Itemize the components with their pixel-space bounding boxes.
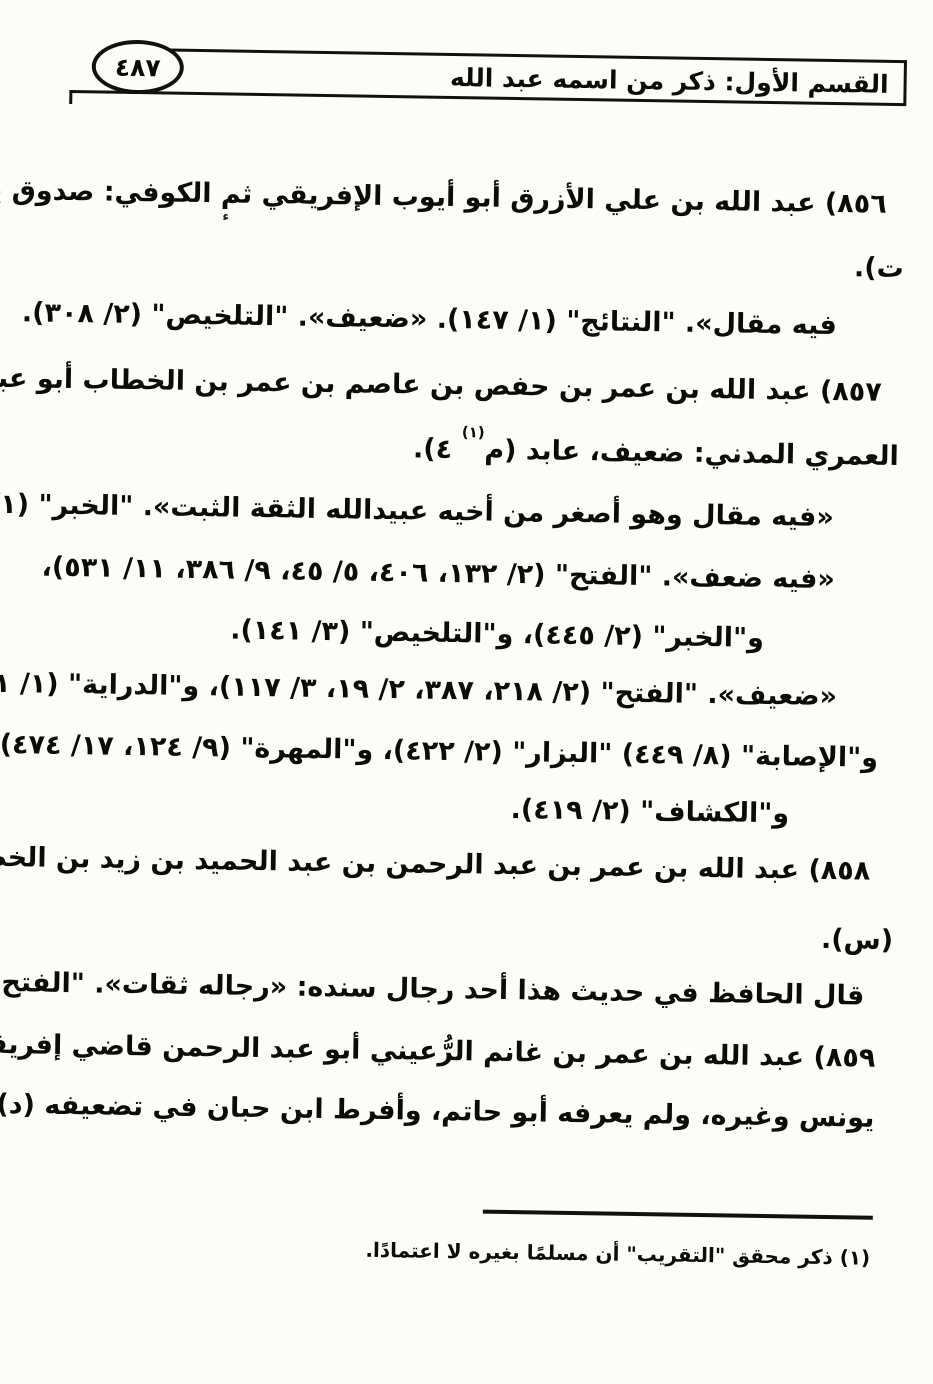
text-line-entry-859: ٨٥٩) عبد الله بن عمر بن غانم الرُّعيني أ… xyxy=(0,1025,876,1075)
text-line: و"الخبر" (٢/ ٤٤٥)، و"التلخيص" (٣/ ١٤١). xyxy=(230,614,764,656)
footnote-ref: (١) xyxy=(462,423,485,441)
text-line: ت). xyxy=(854,251,904,286)
text-line: و"الإصابة" (٨/ ٤٤٩) "البزار" (٢/ ٤٢٢)، و… xyxy=(0,728,878,776)
text-line: يونس وغيره، ولم يعرفه أبو حاتم، وأفرط اب… xyxy=(0,1088,875,1136)
footnote-divider xyxy=(483,1210,873,1220)
text-line: فيه مقال». "النتائج" (١/ ١٤٧). «ضعيف». "… xyxy=(22,296,837,343)
text-line: «فيه ضعف». "الفتح" (٢/ ١٣٢، ٤٠٦، ٥/ ٤٥، … xyxy=(41,551,835,597)
section-title: القسم الأول: ذكر من اسمه عبد الله xyxy=(450,63,889,99)
page-header: ٤٨٧ القسم الأول: ذكر من اسمه عبد الله xyxy=(39,32,913,124)
header-top-rule xyxy=(155,48,905,63)
text-line-entry-858: ٨٥٨) عبد الله بن عمر بن عبد الرحمن بن عب… xyxy=(0,839,871,888)
text-line: «فيه مقال وهو أصغر من أخيه عبيدالله الثق… xyxy=(0,486,834,534)
header-right-cap xyxy=(903,60,907,106)
line-text: ٤). xyxy=(413,433,462,465)
text-line: قال الحافظ في حديث هذا أحد رجال سنده: «ر… xyxy=(0,964,865,1014)
text-line: «ضعيف». "الفتح" (٢/ ٢١٨، ٣٨٧، ٢/ ١٩، ٣/ … xyxy=(0,666,837,714)
text-line: و"الكشاف" (٢/ ٤١٩). xyxy=(510,793,789,831)
line-text: العمري المدني: ضعيف، عابد (م xyxy=(484,435,899,473)
stray-ink-mark: ء xyxy=(222,209,229,224)
text-line-entry-857: ٨٥٧) عبد الله بن عمر بن حفص بن عاصم بن ع… xyxy=(0,360,882,410)
text-line-entry-856: ٨٥٦) عبد الله بن علي الأزرق أبو أيوب الإ… xyxy=(0,172,887,221)
text-line: العمري المدني: ضعيف، عابد (م(١) ٤). xyxy=(413,432,899,473)
page-number-badge: ٤٨٧ xyxy=(91,39,184,94)
header-left-hook xyxy=(69,90,72,104)
scanned-content: ٤٨٧ القسم الأول: ذكر من اسمه عبد الله ٨٥… xyxy=(0,0,933,1384)
page-number: ٤٨٧ xyxy=(115,52,161,82)
book-page: ٤٨٧ القسم الأول: ذكر من اسمه عبد الله ٨٥… xyxy=(0,0,933,1384)
text-line: (س). xyxy=(821,923,894,958)
footnote-text: (١) ذكر محقق "التقريب" أن مسلمًا بغيره ل… xyxy=(365,1238,870,1270)
